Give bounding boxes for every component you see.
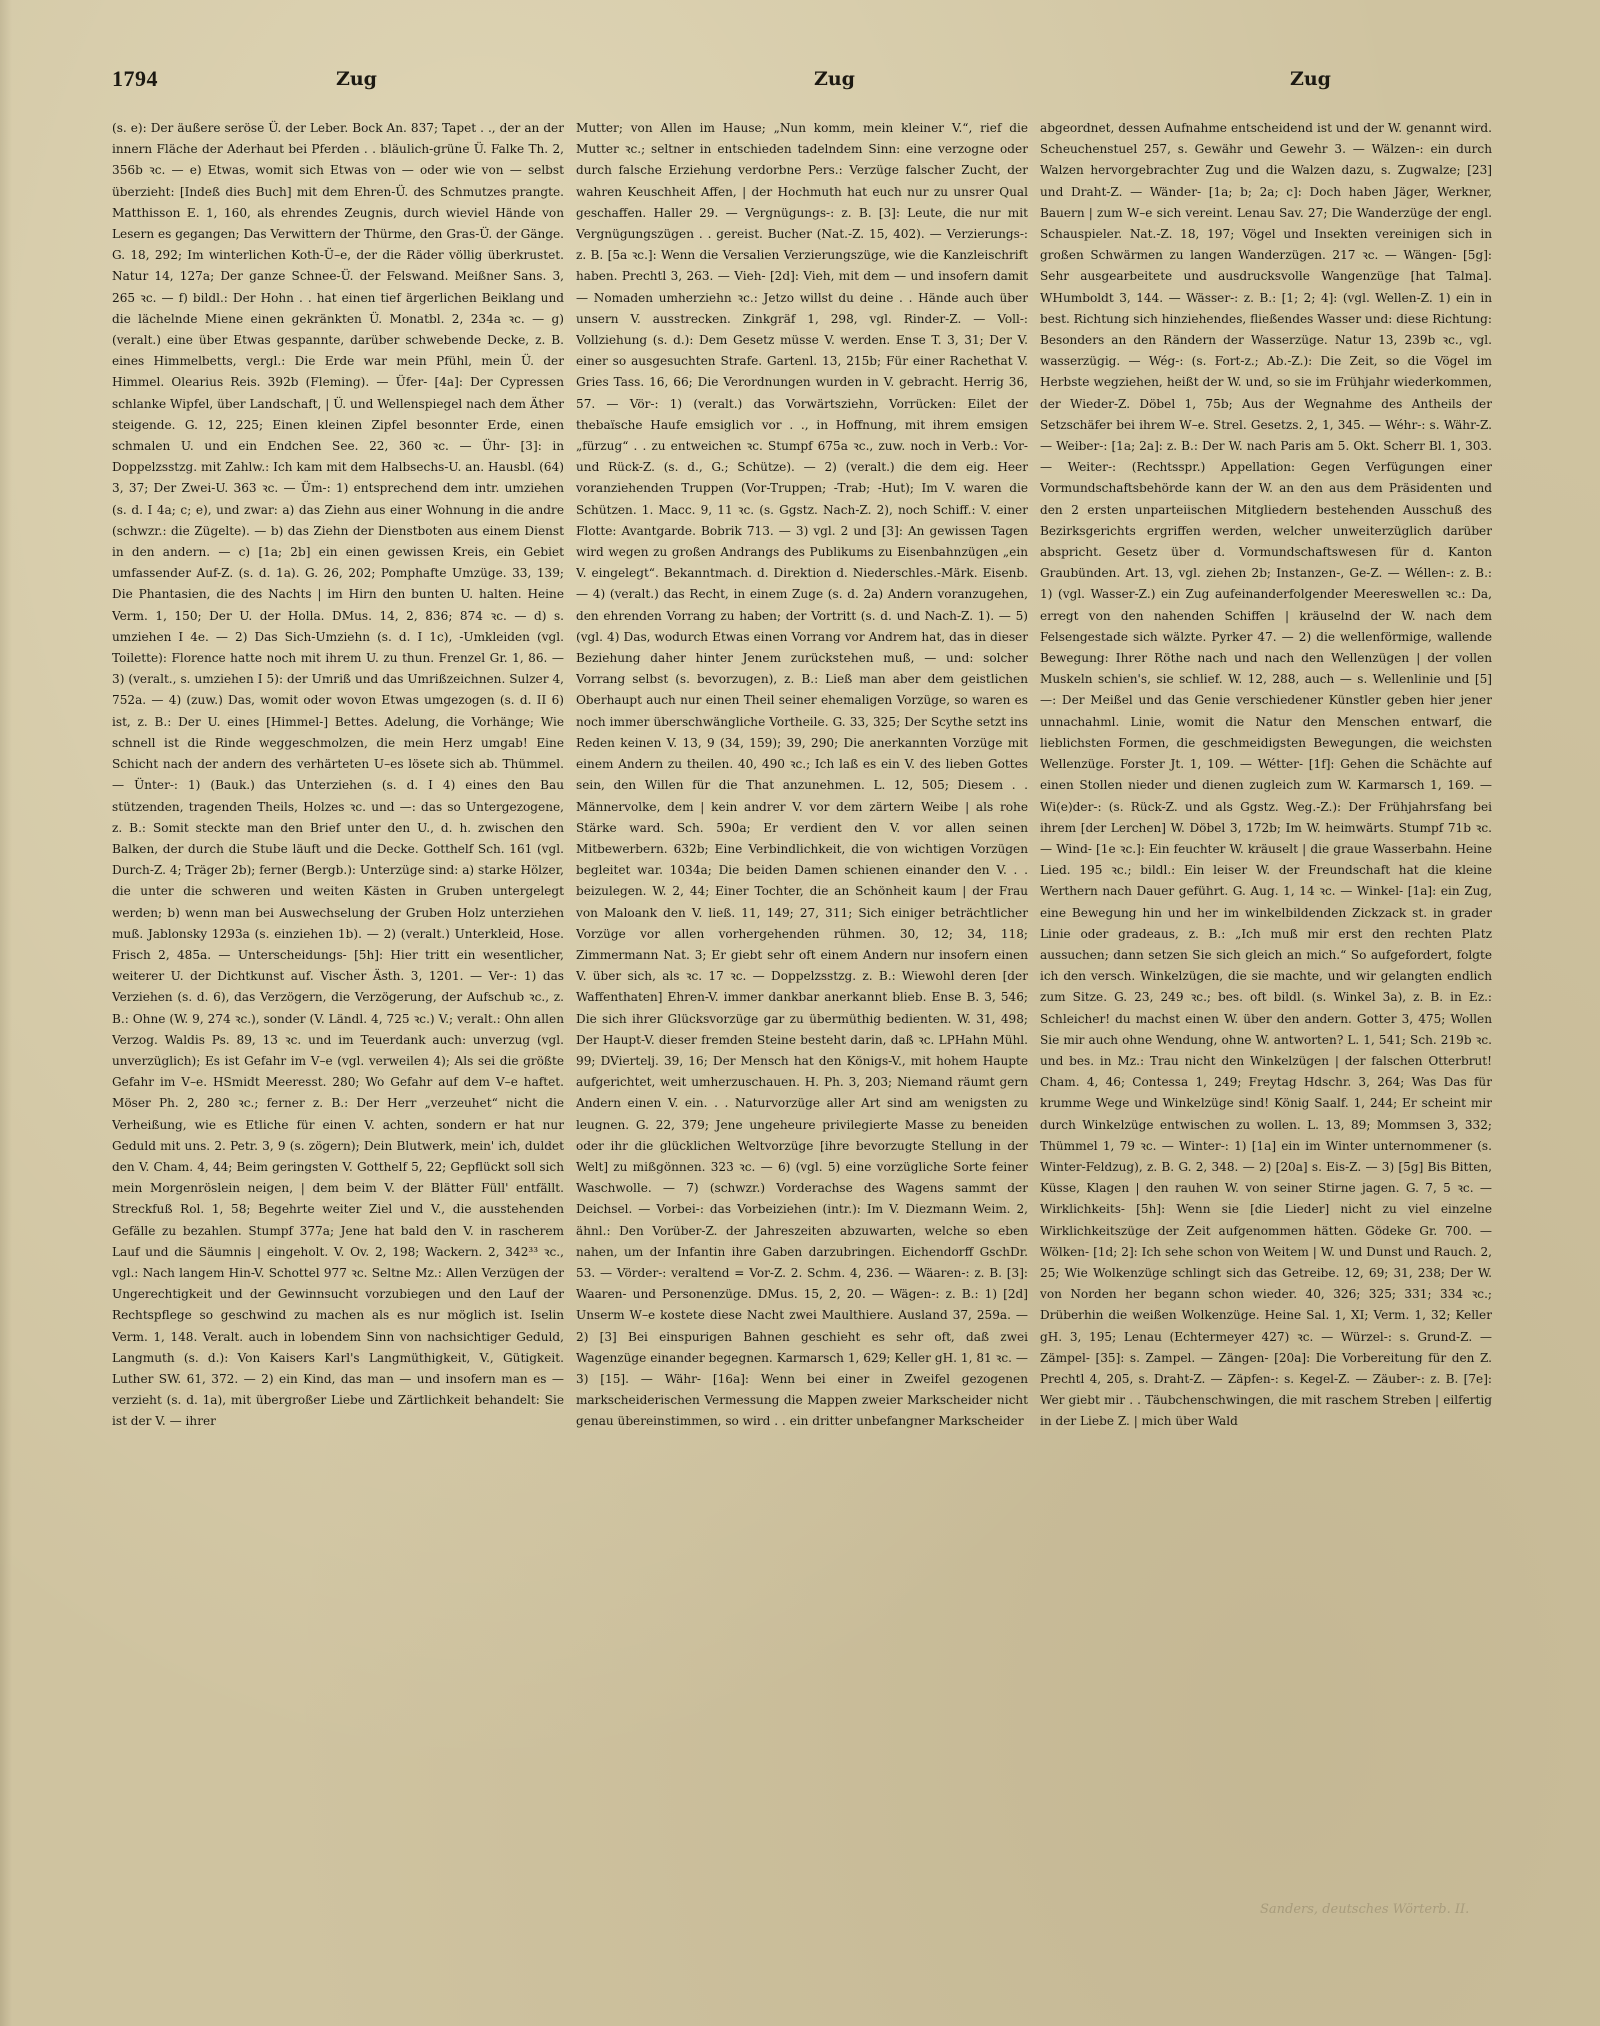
page-number: 1794 <box>112 66 158 92</box>
running-head-left: Zug <box>336 68 377 90</box>
text-columns: (s. e): Der äußere seröse Ü. der Leber. … <box>112 118 1492 1948</box>
column-text: (s. e): Der äußere seröse Ü. der Leber. … <box>112 118 564 1433</box>
column-left: (s. e): Der äußere seröse Ü. der Leber. … <box>112 118 564 1948</box>
dictionary-page: 1794 Zug Zug Zug (s. e): Der äußere serö… <box>0 0 1600 2026</box>
signature-bleed-through: Sanders, deutsches Wörterb. II. <box>1260 1902 1469 1917</box>
column-text: Mutter; von Allen im Hause; „Nun komm, m… <box>576 118 1028 1433</box>
running-head: 1794 Zug Zug Zug <box>0 60 1600 100</box>
running-head-center: Zug <box>814 68 855 90</box>
running-head-right: Zug <box>1290 68 1331 90</box>
column-text: abgeordnet, dessen Aufnahme entscheidend… <box>1040 118 1492 1433</box>
column-middle: Mutter; von Allen im Hause; „Nun komm, m… <box>576 118 1028 1948</box>
column-right: abgeordnet, dessen Aufnahme entscheidend… <box>1040 118 1492 1948</box>
